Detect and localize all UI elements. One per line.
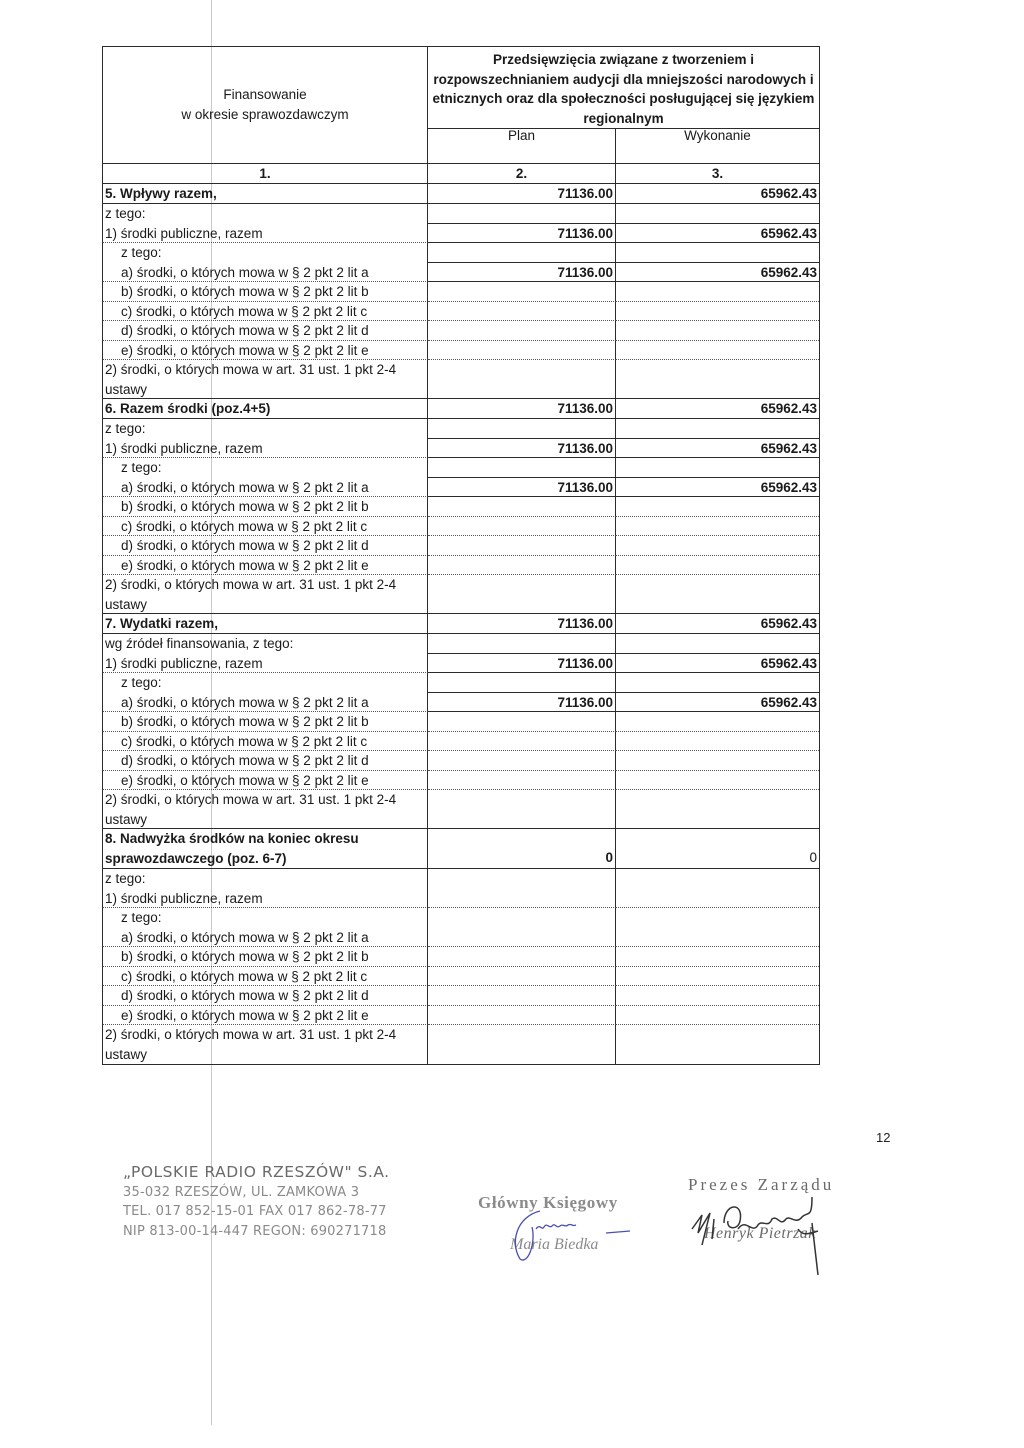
- row-lit-e: e) środki, o których mowa w § 2 pkt 2 li…: [103, 341, 819, 361]
- row-art31: 2) środki, o których mowa w art. 31 ust.…: [103, 360, 819, 399]
- row-sub-intro-plan-value: [428, 634, 616, 654]
- row-public-funds-label: 1) środki publiczne, razem: [103, 439, 428, 458]
- row-lit-d-wykonanie-value: [616, 536, 819, 556]
- header-financing-line1: Finansowanie: [223, 85, 306, 105]
- row-public-funds-wykonanie-value: [616, 889, 819, 908]
- row-art31-wykonanie-value: [616, 360, 819, 399]
- row-lit-e-plan-value: [428, 341, 616, 361]
- row-sub-intro-plan-value: [428, 869, 616, 889]
- column-number-1: 1.: [103, 164, 428, 183]
- row-sub-intro-2: z tego:: [103, 243, 819, 263]
- row-lit-d: d) środki, o których mowa w § 2 pkt 2 li…: [103, 321, 819, 341]
- row-sub-intro-wykonanie-value: [616, 419, 819, 439]
- row-sub-intro-label: wg źródeł finansowania, z tego:: [103, 634, 428, 654]
- section-title-wykonanie-value: 65962.43: [616, 399, 819, 419]
- row-art31-plan-value: [428, 790, 616, 829]
- row-sub-intro-2: z tego:: [103, 673, 819, 693]
- row-sub-intro-2-wykonanie-value: [616, 673, 819, 693]
- row-sub-intro-plan-value: [428, 419, 616, 439]
- row-sub-intro: z tego:: [103, 419, 819, 439]
- row-lit-c-plan-value: [428, 967, 616, 987]
- row-art31: 2) środki, o których mowa w art. 31 ust.…: [103, 1025, 819, 1064]
- row-art31-plan-value: [428, 360, 616, 399]
- stamp-company-name: „POLSKIE RADIO RZESZÓW" S.A.: [123, 1163, 390, 1183]
- row-art31-plan-value: [428, 1025, 616, 1064]
- row-lit-c-label: c) środki, o których mowa w § 2 pkt 2 li…: [103, 517, 428, 537]
- section-8: 8. Nadwyżka środków na koniec okresuspra…: [103, 829, 819, 1064]
- row-lit-a-wykonanie-value: [616, 928, 819, 947]
- row-art31-label: 2) środki, o których mowa w art. 31 ust.…: [103, 1025, 428, 1064]
- row-lit-b: b) środki, o których mowa w § 2 pkt 2 li…: [103, 497, 819, 517]
- row-sub-intro-wykonanie-value: [616, 634, 819, 654]
- row-sub-intro-2-label: z tego:: [103, 458, 428, 478]
- row-lit-c: c) środki, o których mowa w § 2 pkt 2 li…: [103, 732, 819, 752]
- row-sub-intro-2-plan-value: [428, 243, 616, 263]
- row-lit-a: a) środki, o których mowa w § 2 pkt 2 li…: [103, 928, 819, 947]
- row-lit-c-wykonanie-value: [616, 517, 819, 537]
- row-lit-e-label: e) środki, o których mowa w § 2 pkt 2 li…: [103, 771, 428, 791]
- row-sub-intro: z tego:: [103, 869, 819, 889]
- stamp-address: 35-032 RZESZÓW, UL. ZAMKOWA 3: [123, 1183, 390, 1203]
- row-lit-b-wykonanie-value: [616, 947, 819, 967]
- row-public-funds: 1) środki publiczne, razem71136.0065962.…: [103, 224, 819, 243]
- row-art31-label-line: ustawy: [105, 380, 427, 400]
- column-number-3: 3.: [616, 164, 819, 183]
- row-sub-intro-label: z tego:: [103, 204, 428, 224]
- row-public-funds-wykonanie-value: 65962.43: [616, 654, 819, 673]
- row-lit-d-label: d) środki, o których mowa w § 2 pkt 2 li…: [103, 986, 428, 1006]
- row-sub-intro-label: z tego:: [103, 419, 428, 439]
- row-lit-c-label: c) środki, o których mowa w § 2 pkt 2 li…: [103, 302, 428, 322]
- row-lit-d: d) środki, o których mowa w § 2 pkt 2 li…: [103, 536, 819, 556]
- table-body: 5. Wpływy razem,71136.0065962.43z tego:1…: [103, 184, 819, 1064]
- row-sub-intro-2-plan-value: [428, 673, 616, 693]
- row-sub-intro-2-wykonanie-value: [616, 243, 819, 263]
- row-art31-label-line: 2) środki, o których mowa w art. 31 ust.…: [105, 360, 427, 380]
- section-title-label: 6. Razem środki (poz.4+5): [103, 399, 428, 419]
- row-lit-c: c) środki, o których mowa w § 2 pkt 2 li…: [103, 517, 819, 537]
- row-art31: 2) środki, o których mowa w art. 31 ust.…: [103, 790, 819, 829]
- row-lit-a-wykonanie-value: 65962.43: [616, 693, 819, 712]
- row-art31-wykonanie-value: [616, 790, 819, 829]
- row-art31-wykonanie-value: [616, 1025, 819, 1064]
- stamp-phone: TEL. 017 852-15-01 FAX 017 862-78-77: [123, 1202, 390, 1222]
- financing-table: Finansowanie w okresie sprawozdawczym Pr…: [102, 46, 820, 1065]
- row-lit-a: a) środki, o których mowa w § 2 pkt 2 li…: [103, 693, 819, 712]
- row-art31-plan-value: [428, 575, 616, 614]
- section-title: 5. Wpływy razem,71136.0065962.43: [103, 184, 819, 204]
- row-sub-intro-2-plan-value: [428, 458, 616, 478]
- row-lit-e-label: e) środki, o których mowa w § 2 pkt 2 li…: [103, 1006, 428, 1026]
- row-lit-e: e) środki, o których mowa w § 2 pkt 2 li…: [103, 556, 819, 576]
- company-stamp: „POLSKIE RADIO RZESZÓW" S.A. 35-032 RZES…: [123, 1163, 390, 1241]
- row-lit-c-plan-value: [428, 517, 616, 537]
- section-title-label-line: 8. Nadwyżka środków na koniec okresu: [105, 829, 427, 849]
- row-art31-label-line: 2) środki, o których mowa w art. 31 ust.…: [105, 790, 427, 810]
- row-lit-a-plan-value: 71136.00: [428, 263, 616, 282]
- row-lit-e-wykonanie-value: [616, 1006, 819, 1026]
- row-lit-a-label: a) środki, o których mowa w § 2 pkt 2 li…: [103, 693, 428, 712]
- header-wykonanie: Wykonanie: [616, 129, 819, 163]
- row-art31-label-line: 2) środki, o których mowa w art. 31 ust.…: [105, 1025, 427, 1045]
- row-lit-b-label: b) środki, o których mowa w § 2 pkt 2 li…: [103, 947, 428, 967]
- row-lit-e-wykonanie-value: [616, 556, 819, 576]
- accountant-signature-block: Główny Księgowy Maria Biedka: [478, 1193, 668, 1213]
- section-title-plan-value: 71136.00: [428, 399, 616, 419]
- row-art31: 2) środki, o których mowa w art. 31 ust.…: [103, 575, 819, 614]
- row-sub-intro-2-plan-value: [428, 908, 616, 928]
- row-lit-c-wykonanie-value: [616, 732, 819, 752]
- header-financing-line2: w okresie sprawozdawczym: [181, 105, 348, 125]
- row-lit-b-wykonanie-value: [616, 712, 819, 732]
- row-lit-d-plan-value: [428, 751, 616, 771]
- row-public-funds: 1) środki publiczne, razem71136.0065962.…: [103, 439, 819, 458]
- row-lit-b-plan-value: [428, 282, 616, 302]
- row-lit-d: d) środki, o których mowa w § 2 pkt 2 li…: [103, 751, 819, 771]
- row-sub-intro-label: z tego:: [103, 869, 428, 889]
- row-lit-e-plan-value: [428, 556, 616, 576]
- row-art31-label: 2) środki, o których mowa w art. 31 ust.…: [103, 360, 428, 399]
- row-art31-label: 2) środki, o których mowa w art. 31 ust.…: [103, 790, 428, 829]
- row-sub-intro-2-wykonanie-value: [616, 908, 819, 928]
- stamp-ids: NIP 813-00-14-447 REGON: 690271718: [123, 1222, 390, 1242]
- header-group: Przedsięwzięcia związane z tworzeniem i …: [428, 47, 819, 163]
- row-art31-label-line: ustawy: [105, 595, 427, 615]
- row-lit-e-wykonanie-value: [616, 771, 819, 791]
- row-public-funds-plan-value: 71136.00: [428, 224, 616, 243]
- section-title-wykonanie-value: 65962.43: [616, 614, 819, 634]
- row-art31-label-line: ustawy: [105, 1045, 427, 1065]
- section-6: 6. Razem środki (poz.4+5)71136.0065962.4…: [103, 399, 819, 614]
- section-7: 7. Wydatki razem,71136.0065962.43wg źród…: [103, 614, 819, 829]
- row-lit-b-label: b) środki, o których mowa w § 2 pkt 2 li…: [103, 712, 428, 732]
- row-lit-a-label: a) środki, o których mowa w § 2 pkt 2 li…: [103, 928, 428, 947]
- row-sub-intro-2-label: z tego:: [103, 673, 428, 693]
- row-lit-b-plan-value: [428, 497, 616, 517]
- section-title-label: 5. Wpływy razem,: [103, 184, 428, 204]
- row-lit-b-wykonanie-value: [616, 497, 819, 517]
- section-5: 5. Wpływy razem,71136.0065962.43z tego:1…: [103, 184, 819, 399]
- row-sub-intro-2: z tego:: [103, 458, 819, 478]
- row-sub-intro-2: z tego:: [103, 908, 819, 928]
- section-title-label: 7. Wydatki razem,: [103, 614, 428, 634]
- row-lit-b: b) środki, o których mowa w § 2 pkt 2 li…: [103, 947, 819, 967]
- row-public-funds-wykonanie-value: 65962.43: [616, 439, 819, 458]
- header-plan: Plan: [428, 129, 616, 163]
- row-lit-d-label: d) środki, o których mowa w § 2 pkt 2 li…: [103, 321, 428, 341]
- row-lit-d: d) środki, o których mowa w § 2 pkt 2 li…: [103, 986, 819, 1006]
- row-lit-d-label: d) środki, o których mowa w § 2 pkt 2 li…: [103, 751, 428, 771]
- row-public-funds-label: 1) środki publiczne, razem: [103, 654, 428, 673]
- row-public-funds: 1) środki publiczne, razem: [103, 889, 819, 908]
- row-lit-c-label: c) środki, o których mowa w § 2 pkt 2 li…: [103, 732, 428, 752]
- row-lit-e: e) środki, o których mowa w § 2 pkt 2 li…: [103, 1006, 819, 1026]
- row-lit-d-plan-value: [428, 536, 616, 556]
- row-sub-intro: z tego:: [103, 204, 819, 224]
- row-lit-d-wykonanie-value: [616, 321, 819, 341]
- row-art31-label: 2) środki, o których mowa w art. 31 ust.…: [103, 575, 428, 614]
- row-lit-d-plan-value: [428, 986, 616, 1006]
- row-lit-e-label: e) środki, o których mowa w § 2 pkt 2 li…: [103, 556, 428, 576]
- row-lit-e-plan-value: [428, 771, 616, 791]
- row-lit-a-label: a) środki, o których mowa w § 2 pkt 2 li…: [103, 478, 428, 497]
- row-lit-c: c) środki, o których mowa w § 2 pkt 2 li…: [103, 967, 819, 987]
- row-sub-intro-plan-value: [428, 204, 616, 224]
- row-public-funds-plan-value: [428, 889, 616, 908]
- row-lit-b-plan-value: [428, 712, 616, 732]
- row-art31-label-line: 2) środki, o których mowa w art. 31 ust.…: [105, 575, 427, 595]
- section-title-plan-value: 0: [428, 829, 616, 869]
- row-lit-a-wykonanie-value: 65962.43: [616, 263, 819, 282]
- section-title: 6. Razem środki (poz.4+5)71136.0065962.4…: [103, 399, 819, 419]
- row-lit-b-plan-value: [428, 947, 616, 967]
- row-public-funds-plan-value: 71136.00: [428, 654, 616, 673]
- section-title-plan-value: 71136.00: [428, 184, 616, 204]
- header-group-title: Przedsięwzięcia związane z tworzeniem i …: [428, 47, 819, 129]
- row-lit-e-wykonanie-value: [616, 341, 819, 361]
- row-sub-intro-wykonanie-value: [616, 869, 819, 889]
- row-public-funds: 1) środki publiczne, razem71136.0065962.…: [103, 654, 819, 673]
- row-sub-intro-2-wykonanie-value: [616, 458, 819, 478]
- section-title-plan-value: 71136.00: [428, 614, 616, 634]
- row-art31-label-line: ustawy: [105, 810, 427, 830]
- president-signature-icon: [688, 1189, 888, 1289]
- row-lit-a-label: a) środki, o których mowa w § 2 pkt 2 li…: [103, 263, 428, 282]
- row-lit-c-label: c) środki, o których mowa w § 2 pkt 2 li…: [103, 967, 428, 987]
- row-lit-a-plan-value: 71136.00: [428, 478, 616, 497]
- row-lit-b-label: b) środki, o których mowa w § 2 pkt 2 li…: [103, 282, 428, 302]
- section-title: 7. Wydatki razem,71136.0065962.43: [103, 614, 819, 634]
- section-title-label-line: sprawozdawczego (poz. 6-7): [105, 849, 427, 869]
- row-public-funds-label: 1) środki publiczne, razem: [103, 224, 428, 243]
- row-sub-intro: wg źródeł finansowania, z tego:: [103, 634, 819, 654]
- row-art31-wykonanie-value: [616, 575, 819, 614]
- row-lit-d-wykonanie-value: [616, 986, 819, 1006]
- section-title-label: 8. Nadwyżka środków na koniec okresuspra…: [103, 829, 428, 869]
- row-lit-e-plan-value: [428, 1006, 616, 1026]
- row-sub-intro-2-label: z tego:: [103, 243, 428, 263]
- header-financing-cell: Finansowanie w okresie sprawozdawczym: [103, 47, 428, 163]
- section-title: 8. Nadwyżka środków na koniec okresuspra…: [103, 829, 819, 869]
- row-lit-b: b) środki, o których mowa w § 2 pkt 2 li…: [103, 282, 819, 302]
- row-lit-a-plan-value: 71136.00: [428, 693, 616, 712]
- row-sub-intro-wykonanie-value: [616, 204, 819, 224]
- column-number-2: 2.: [428, 164, 616, 183]
- row-public-funds-wykonanie-value: 65962.43: [616, 224, 819, 243]
- row-lit-a-wykonanie-value: 65962.43: [616, 478, 819, 497]
- row-lit-d-plan-value: [428, 321, 616, 341]
- row-lit-d-label: d) środki, o których mowa w § 2 pkt 2 li…: [103, 536, 428, 556]
- column-number-row: 1. 2. 3.: [103, 164, 819, 184]
- row-sub-intro-2-label: z tego:: [103, 908, 428, 928]
- row-lit-d-wykonanie-value: [616, 751, 819, 771]
- row-lit-c-wykonanie-value: [616, 967, 819, 987]
- row-lit-c-plan-value: [428, 302, 616, 322]
- section-title-wykonanie-value: 0: [616, 829, 819, 869]
- row-lit-a-plan-value: [428, 928, 616, 947]
- row-public-funds-label: 1) środki publiczne, razem: [103, 889, 428, 908]
- row-lit-e-label: e) środki, o których mowa w § 2 pkt 2 li…: [103, 341, 428, 361]
- section-title-wykonanie-value: 65962.43: [616, 184, 819, 204]
- president-signature-block: Prezes Zarządu Henryk Pietrzak: [688, 1175, 888, 1195]
- row-lit-a: a) środki, o których mowa w § 2 pkt 2 li…: [103, 263, 819, 282]
- row-public-funds-plan-value: 71136.00: [428, 439, 616, 458]
- row-lit-c-plan-value: [428, 732, 616, 752]
- row-lit-c-wykonanie-value: [616, 302, 819, 322]
- row-lit-e: e) środki, o których mowa w § 2 pkt 2 li…: [103, 771, 819, 791]
- page-number: 12: [876, 1130, 890, 1145]
- accountant-signature-icon: [506, 1203, 656, 1265]
- row-lit-a: a) środki, o których mowa w § 2 pkt 2 li…: [103, 478, 819, 497]
- row-lit-c: c) środki, o których mowa w § 2 pkt 2 li…: [103, 302, 819, 322]
- row-lit-b-label: b) środki, o których mowa w § 2 pkt 2 li…: [103, 497, 428, 517]
- row-lit-b-wykonanie-value: [616, 282, 819, 302]
- table-header: Finansowanie w okresie sprawozdawczym Pr…: [103, 47, 819, 164]
- row-lit-b: b) środki, o których mowa w § 2 pkt 2 li…: [103, 712, 819, 732]
